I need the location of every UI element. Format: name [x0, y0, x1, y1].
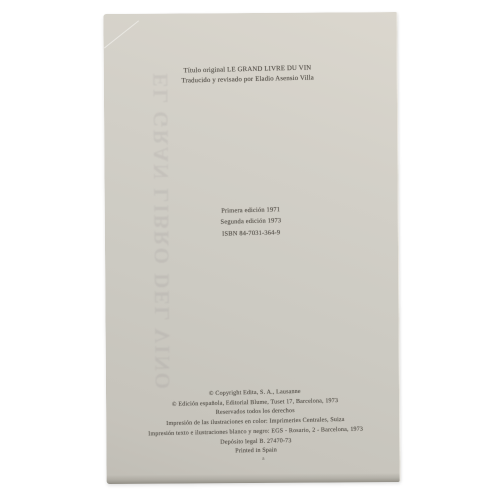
photo-background: EL GRAN LIBRO DEL VINO Título original L… [0, 0, 500, 500]
page-content: Título original LE GRAND LIVRE DU VIN Tr… [100, 10, 404, 487]
page-bottom-edge [107, 473, 400, 484]
edition-block: Primera edición 1971 Segunda edición 197… [104, 203, 398, 244]
title-block: Título original LE GRAND LIVRE DU VIN Tr… [101, 62, 394, 89]
book-page: EL GRAN LIBRO DEL VINO Título original L… [103, 12, 400, 484]
copyright-block: © Copyright Edita, S. A., Lausanne © Edi… [108, 386, 402, 461]
